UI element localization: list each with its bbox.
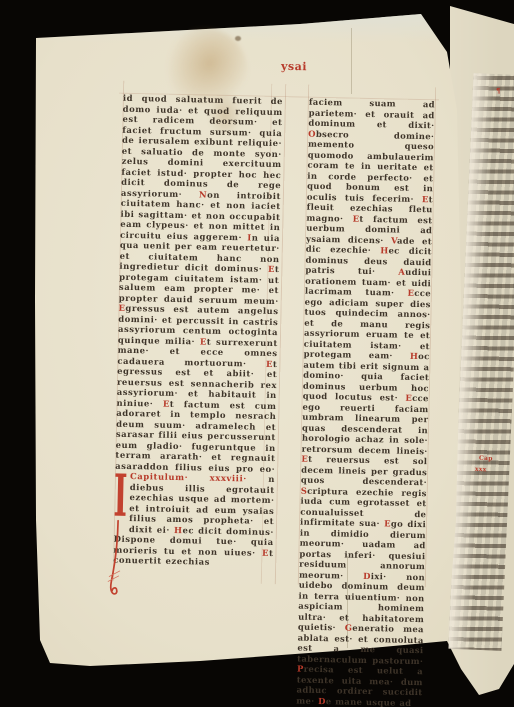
text-column-right: faciem suam ad parietem· et orauit ad do… — [296, 97, 435, 707]
body-text: bsecro domine· memento queso quomodo amb… — [307, 128, 435, 203]
red-touched-initial: H — [174, 524, 183, 534]
initial-tail-flourish — [106, 521, 130, 605]
body-text: t factum est cum adoraret in templo nesr… — [115, 398, 276, 473]
red-touched-initial: H — [380, 245, 388, 255]
parchment-speck — [235, 36, 241, 41]
body-text: id quod saluatum fuerit de domo iuda· et… — [121, 93, 283, 199]
chapter-initial: I — [114, 471, 128, 533]
parchment-crease-top — [351, 28, 352, 94]
running-header: ysai — [272, 60, 316, 74]
next-folio-paraph-mark: ¶ — [496, 86, 501, 95]
text-column-left: id quod saluatum fuerit de domo iuda· et… — [113, 93, 283, 569]
chapter-initial-letter: I — [113, 467, 128, 525]
body-text: faciem suam ad parietem· et orauit ad do… — [308, 97, 435, 131]
body-text: t reuersus est sol decem lineis per grad… — [301, 454, 428, 487]
body-text: e mane usque ad — [326, 696, 412, 707]
text-block: id quod saluatum fuerit de domo iuda· et… — [113, 93, 435, 579]
next-folio-chapter-number-fragment: xxx — [475, 466, 487, 474]
red-touched-initial: H — [410, 351, 418, 361]
next-folio-rubric-fragment: Cap — [479, 455, 493, 463]
